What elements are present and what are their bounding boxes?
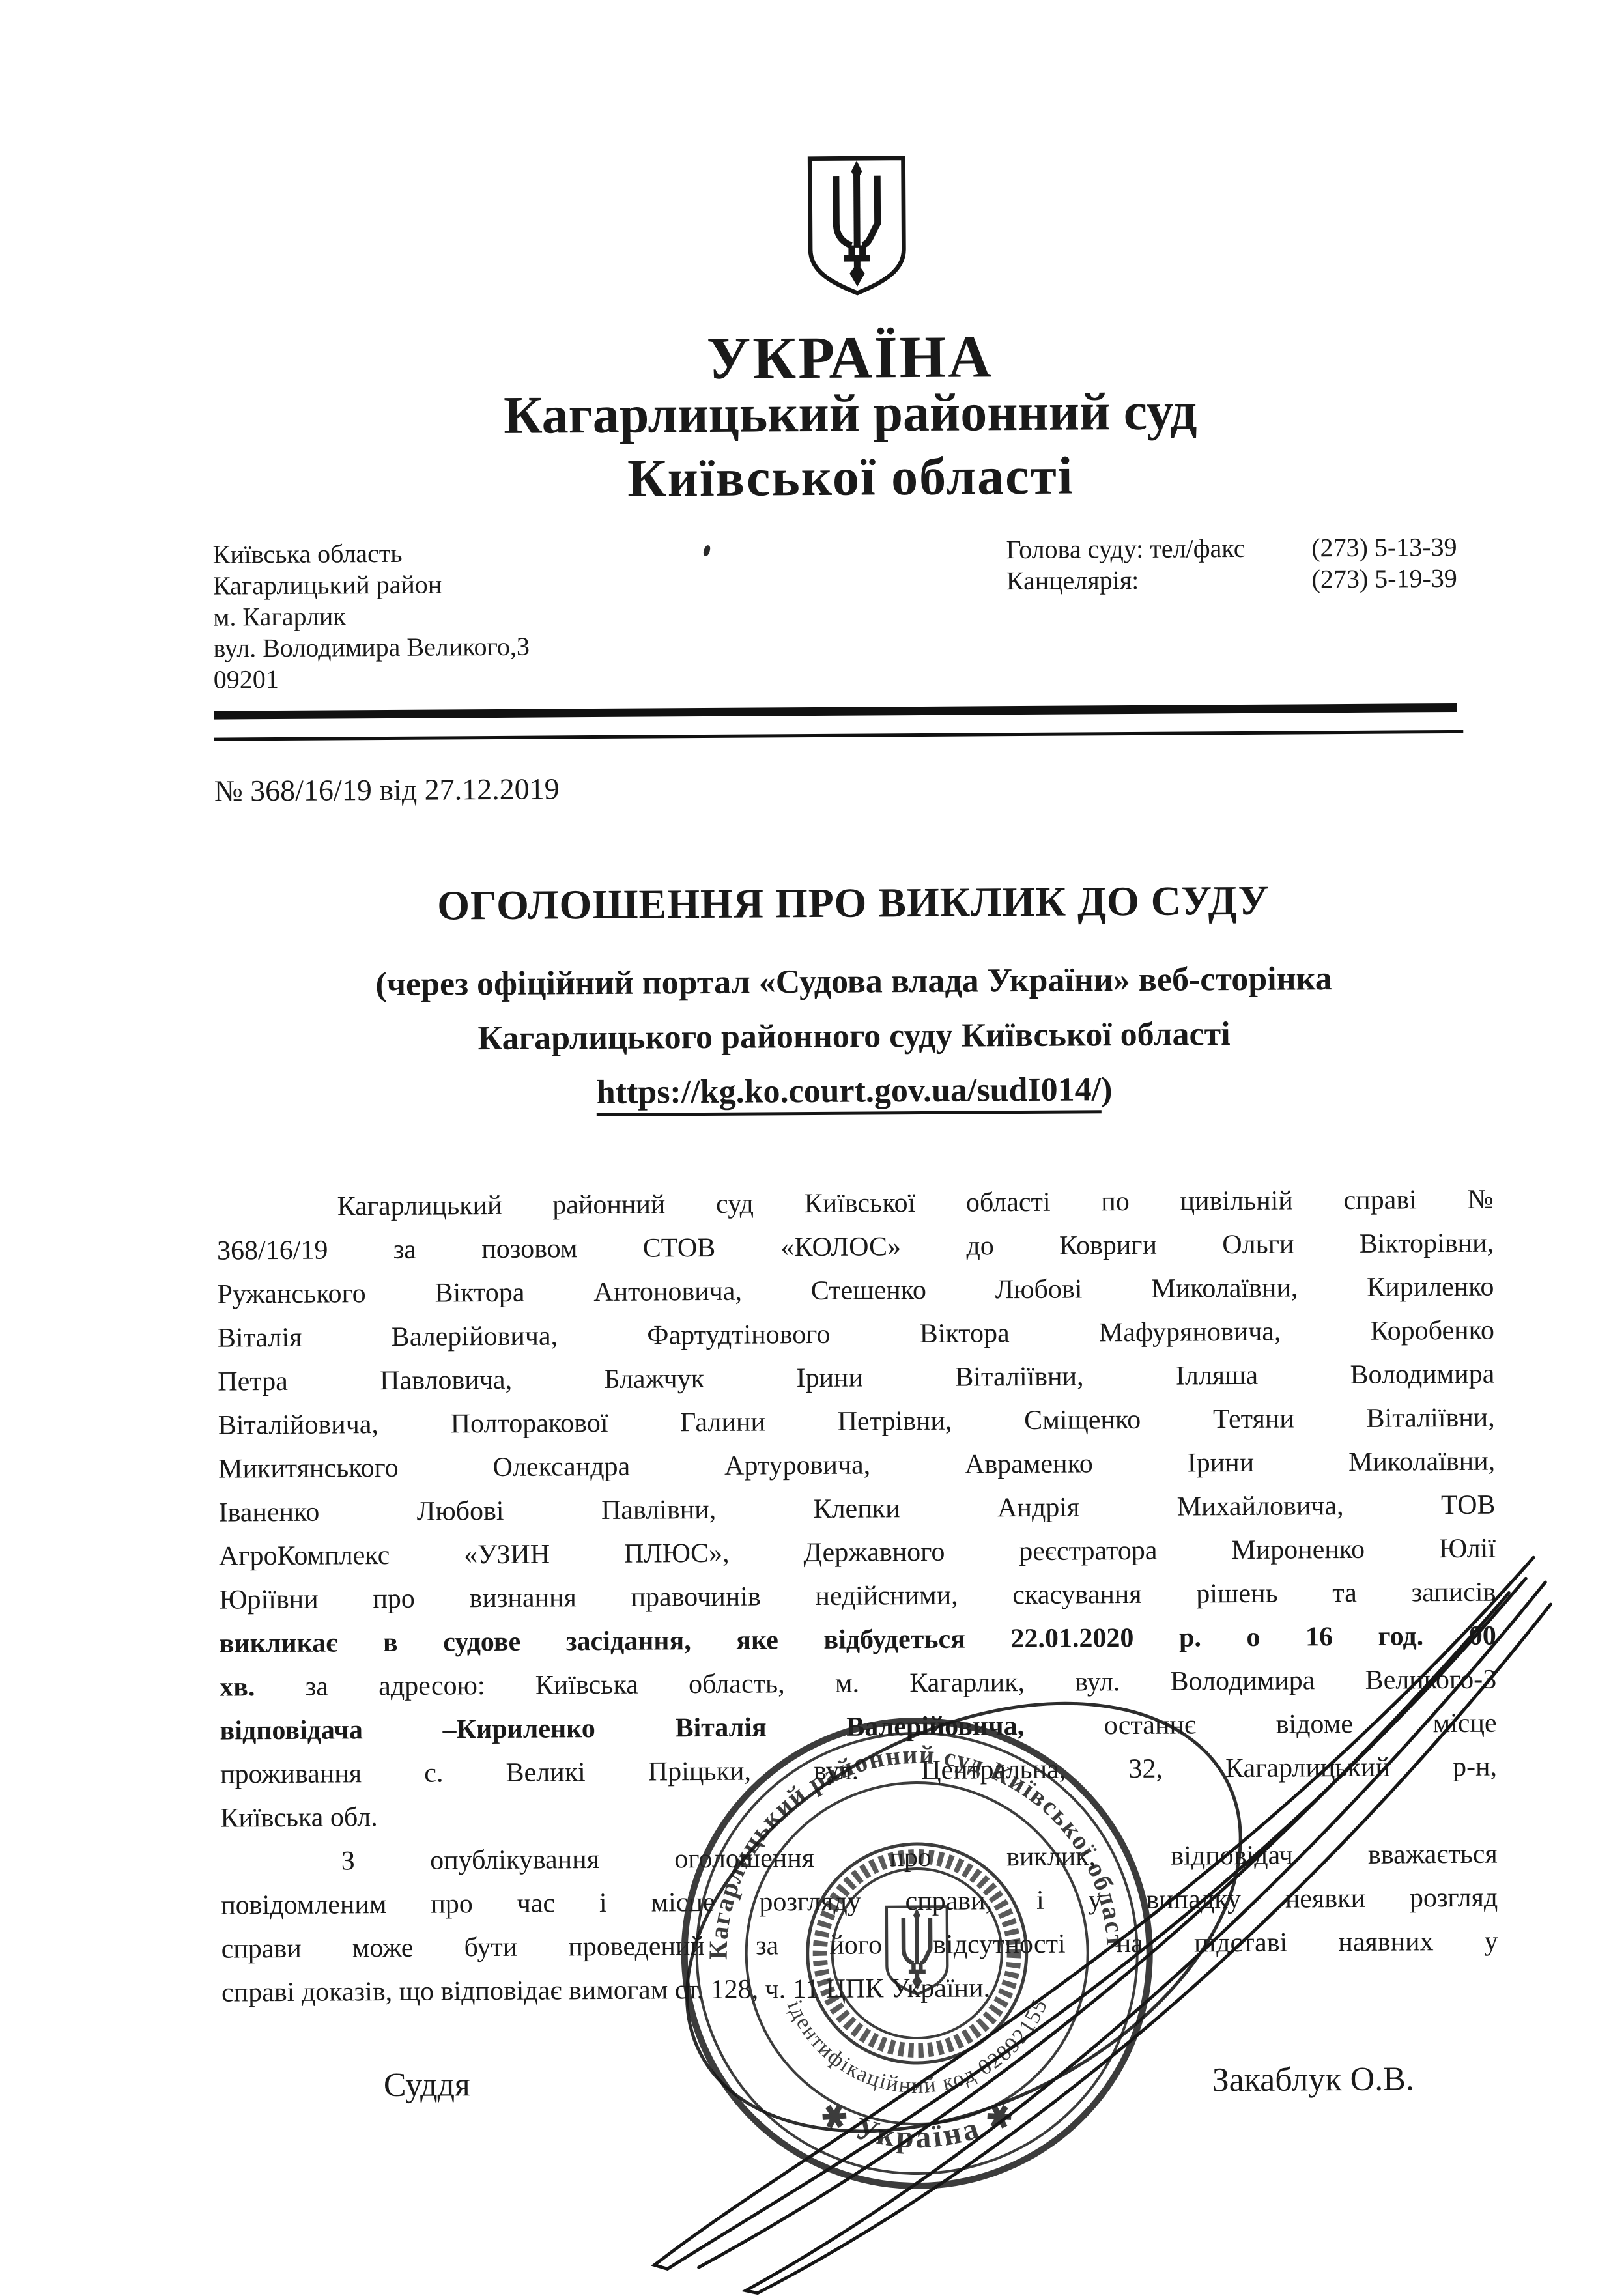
- body-text-bold: викликає в судове засідання, яке відбуде…: [220, 1621, 1496, 1659]
- scanned-court-document: УКРАЇНА Кагарлицький районний суд Київсь…: [0, 0, 1624, 2296]
- document-title: ОГОЛОШЕННЯ ПРО ВИКЛИК ДО СУДУ: [215, 875, 1492, 931]
- address-line: 09201: [214, 660, 930, 696]
- body-text: Віталія Валерійовича, Фартудтінового Вік…: [218, 1316, 1494, 1354]
- body-line: АгроКомплекс «УЗИН ПЛЮС», Державного реє…: [219, 1527, 1496, 1579]
- ukraine-trident-emblem-icon: [802, 154, 912, 298]
- phone-label: Канцелярія:: [1006, 565, 1139, 597]
- subtitle-line2: Кагарлицького районного суду Київської о…: [216, 1013, 1492, 1060]
- judge-role-label: Суддя: [384, 2065, 470, 2105]
- url-closing-paren: ): [1101, 1071, 1113, 1108]
- body-text: за адресою: Київська область, м. Кагарли…: [255, 1665, 1496, 1703]
- address-line: Київська область: [212, 535, 929, 571]
- court-name-line1: Кагарлицький районний суд: [212, 379, 1489, 448]
- body-line: Микитянського Олександра Артуровича, Авр…: [218, 1440, 1495, 1492]
- body-line: Кагарлицький районний суд Київської обла…: [216, 1178, 1493, 1230]
- phone-row: Голова суду: тел/факс (273) 5-13-39: [1006, 531, 1457, 565]
- court-name-line2: Київської області: [212, 443, 1490, 512]
- signature-row: Суддя Закаблук О.В.: [384, 2060, 1414, 2105]
- body-line: Віталійовича, Полторакової Галини Петрів…: [218, 1396, 1495, 1448]
- address-line: вул. Володимира Великого,3: [213, 629, 930, 664]
- body-line: Юріївни про визнання правочинів недійсни…: [219, 1571, 1496, 1623]
- body-text: Київська обл.: [220, 1802, 378, 1833]
- address-line: Кагарлицький район: [213, 566, 930, 602]
- body-text: останнє відоме місце: [1024, 1708, 1497, 1741]
- body-text: Іваненко Любові Павлівни, Клепки Андрія …: [218, 1490, 1495, 1528]
- phone-label: Голова суду: тел/факс: [1006, 533, 1245, 565]
- body-text: справі доказів, що відповідає вимогам ст…: [221, 1973, 990, 2007]
- stamp-ring-bottom-text: ✱ Україна ✱: [814, 2095, 1022, 2156]
- phone-number: (273) 5-19-39: [1311, 563, 1457, 595]
- body-line: Київська обл.: [220, 1789, 1497, 1841]
- court-phones-block: Голова суду: тел/факс (273) 5-13-39 Канц…: [1006, 531, 1457, 597]
- body-line: Ружанського Віктора Антоновича, Стешенко…: [217, 1266, 1494, 1317]
- body-text: Кагарлицький районний суд Київської обла…: [337, 1185, 1494, 1222]
- address-line: м. Кагарлик: [213, 597, 930, 633]
- body-line: 368/16/19 за позовом СТОВ «КОЛОС» до Ков…: [217, 1222, 1494, 1273]
- judge-name: Закаблук О.В.: [1212, 2060, 1414, 2099]
- body-line: Віталія Валерійовича, Фартудтінового Вік…: [218, 1309, 1494, 1361]
- court-portal-url: https://kg.ko.court.gov.ua/sudI014/: [597, 1071, 1102, 1116]
- body-line: З опублікування оголошення про виклик, в…: [221, 1833, 1498, 1884]
- body-text: Ружанського Віктора Антоновича, Стешенко…: [217, 1272, 1494, 1310]
- header-divider-thin: [214, 730, 1463, 741]
- court-address-block: Київська область Кагарлицький район м. К…: [212, 535, 930, 696]
- body-line: Іваненко Любові Павлівни, Клепки Андрія …: [218, 1484, 1495, 1535]
- body-line: проживання с. Великі Пріцьки, вул. Центр…: [220, 1746, 1497, 1797]
- body-line: справі доказів, що відповідає вимогам ст…: [221, 1964, 1498, 2015]
- document-sheet: УКРАЇНА Кагарлицький районний суд Київсь…: [0, 0, 1624, 2296]
- body-line: хв. за адресою: Київська область, м. Каг…: [220, 1658, 1496, 1710]
- body-line: Петра Павловича, Блажчук Ірини Віталіївн…: [218, 1353, 1494, 1404]
- body-text: Юріївни про визнання правочинів недійсни…: [219, 1578, 1496, 1615]
- body-text: Микитянського Олександра Артуровича, Авр…: [218, 1447, 1495, 1484]
- phone-row: Канцелярія: (273) 5-19-39: [1006, 563, 1457, 597]
- body-line: повідомленим про час і місце розгляду сп…: [221, 1877, 1498, 1928]
- svg-text:✱ Україна ✱: ✱ Україна ✱: [814, 2095, 1022, 2156]
- body-text: справи може бути проведений за його відс…: [221, 1927, 1498, 1964]
- header-divider-thick: [214, 703, 1457, 720]
- subtitle-line1: (через офіційний портал «Судова влада Ук…: [215, 959, 1492, 1005]
- body-text: З опублікування оголошення про виклик, в…: [341, 1839, 1498, 1877]
- body-text: 368/16/19 за позовом СТОВ «КОЛОС» до Ков…: [217, 1228, 1494, 1266]
- body-text: проживання с. Великі Пріцьки, вул. Центр…: [220, 1752, 1497, 1790]
- body-text: Петра Павловича, Блажчук Ірини Віталіївн…: [218, 1359, 1494, 1397]
- body-text-bold: хв.: [220, 1672, 255, 1702]
- body-line: відповідача –Кириленко Віталія Валерійов…: [220, 1702, 1496, 1753]
- body-line: викликає в судове засідання, яке відбуде…: [220, 1615, 1496, 1666]
- body-line: справи може бути проведений за його відс…: [221, 1920, 1498, 1972]
- phone-number: (273) 5-13-39: [1311, 531, 1457, 563]
- announcement-body: Кагарлицький районний суд Київської обла…: [216, 1178, 1498, 2015]
- body-text: Віталійовича, Полторакової Галини Петрів…: [218, 1403, 1495, 1441]
- case-reference-line: № 368/16/19 від 27.12.2019: [214, 771, 560, 808]
- body-text: повідомленим про час і місце розгляду сп…: [221, 1883, 1498, 1921]
- subtitle-url-line: https://kg.ko.court.gov.ua/sudI014/): [216, 1068, 1492, 1114]
- body-text: АгроКомплекс «УЗИН ПЛЮС», Державного реє…: [219, 1534, 1496, 1572]
- body-text-bold: відповідача –Кириленко Віталія Валерійов…: [220, 1711, 1024, 1746]
